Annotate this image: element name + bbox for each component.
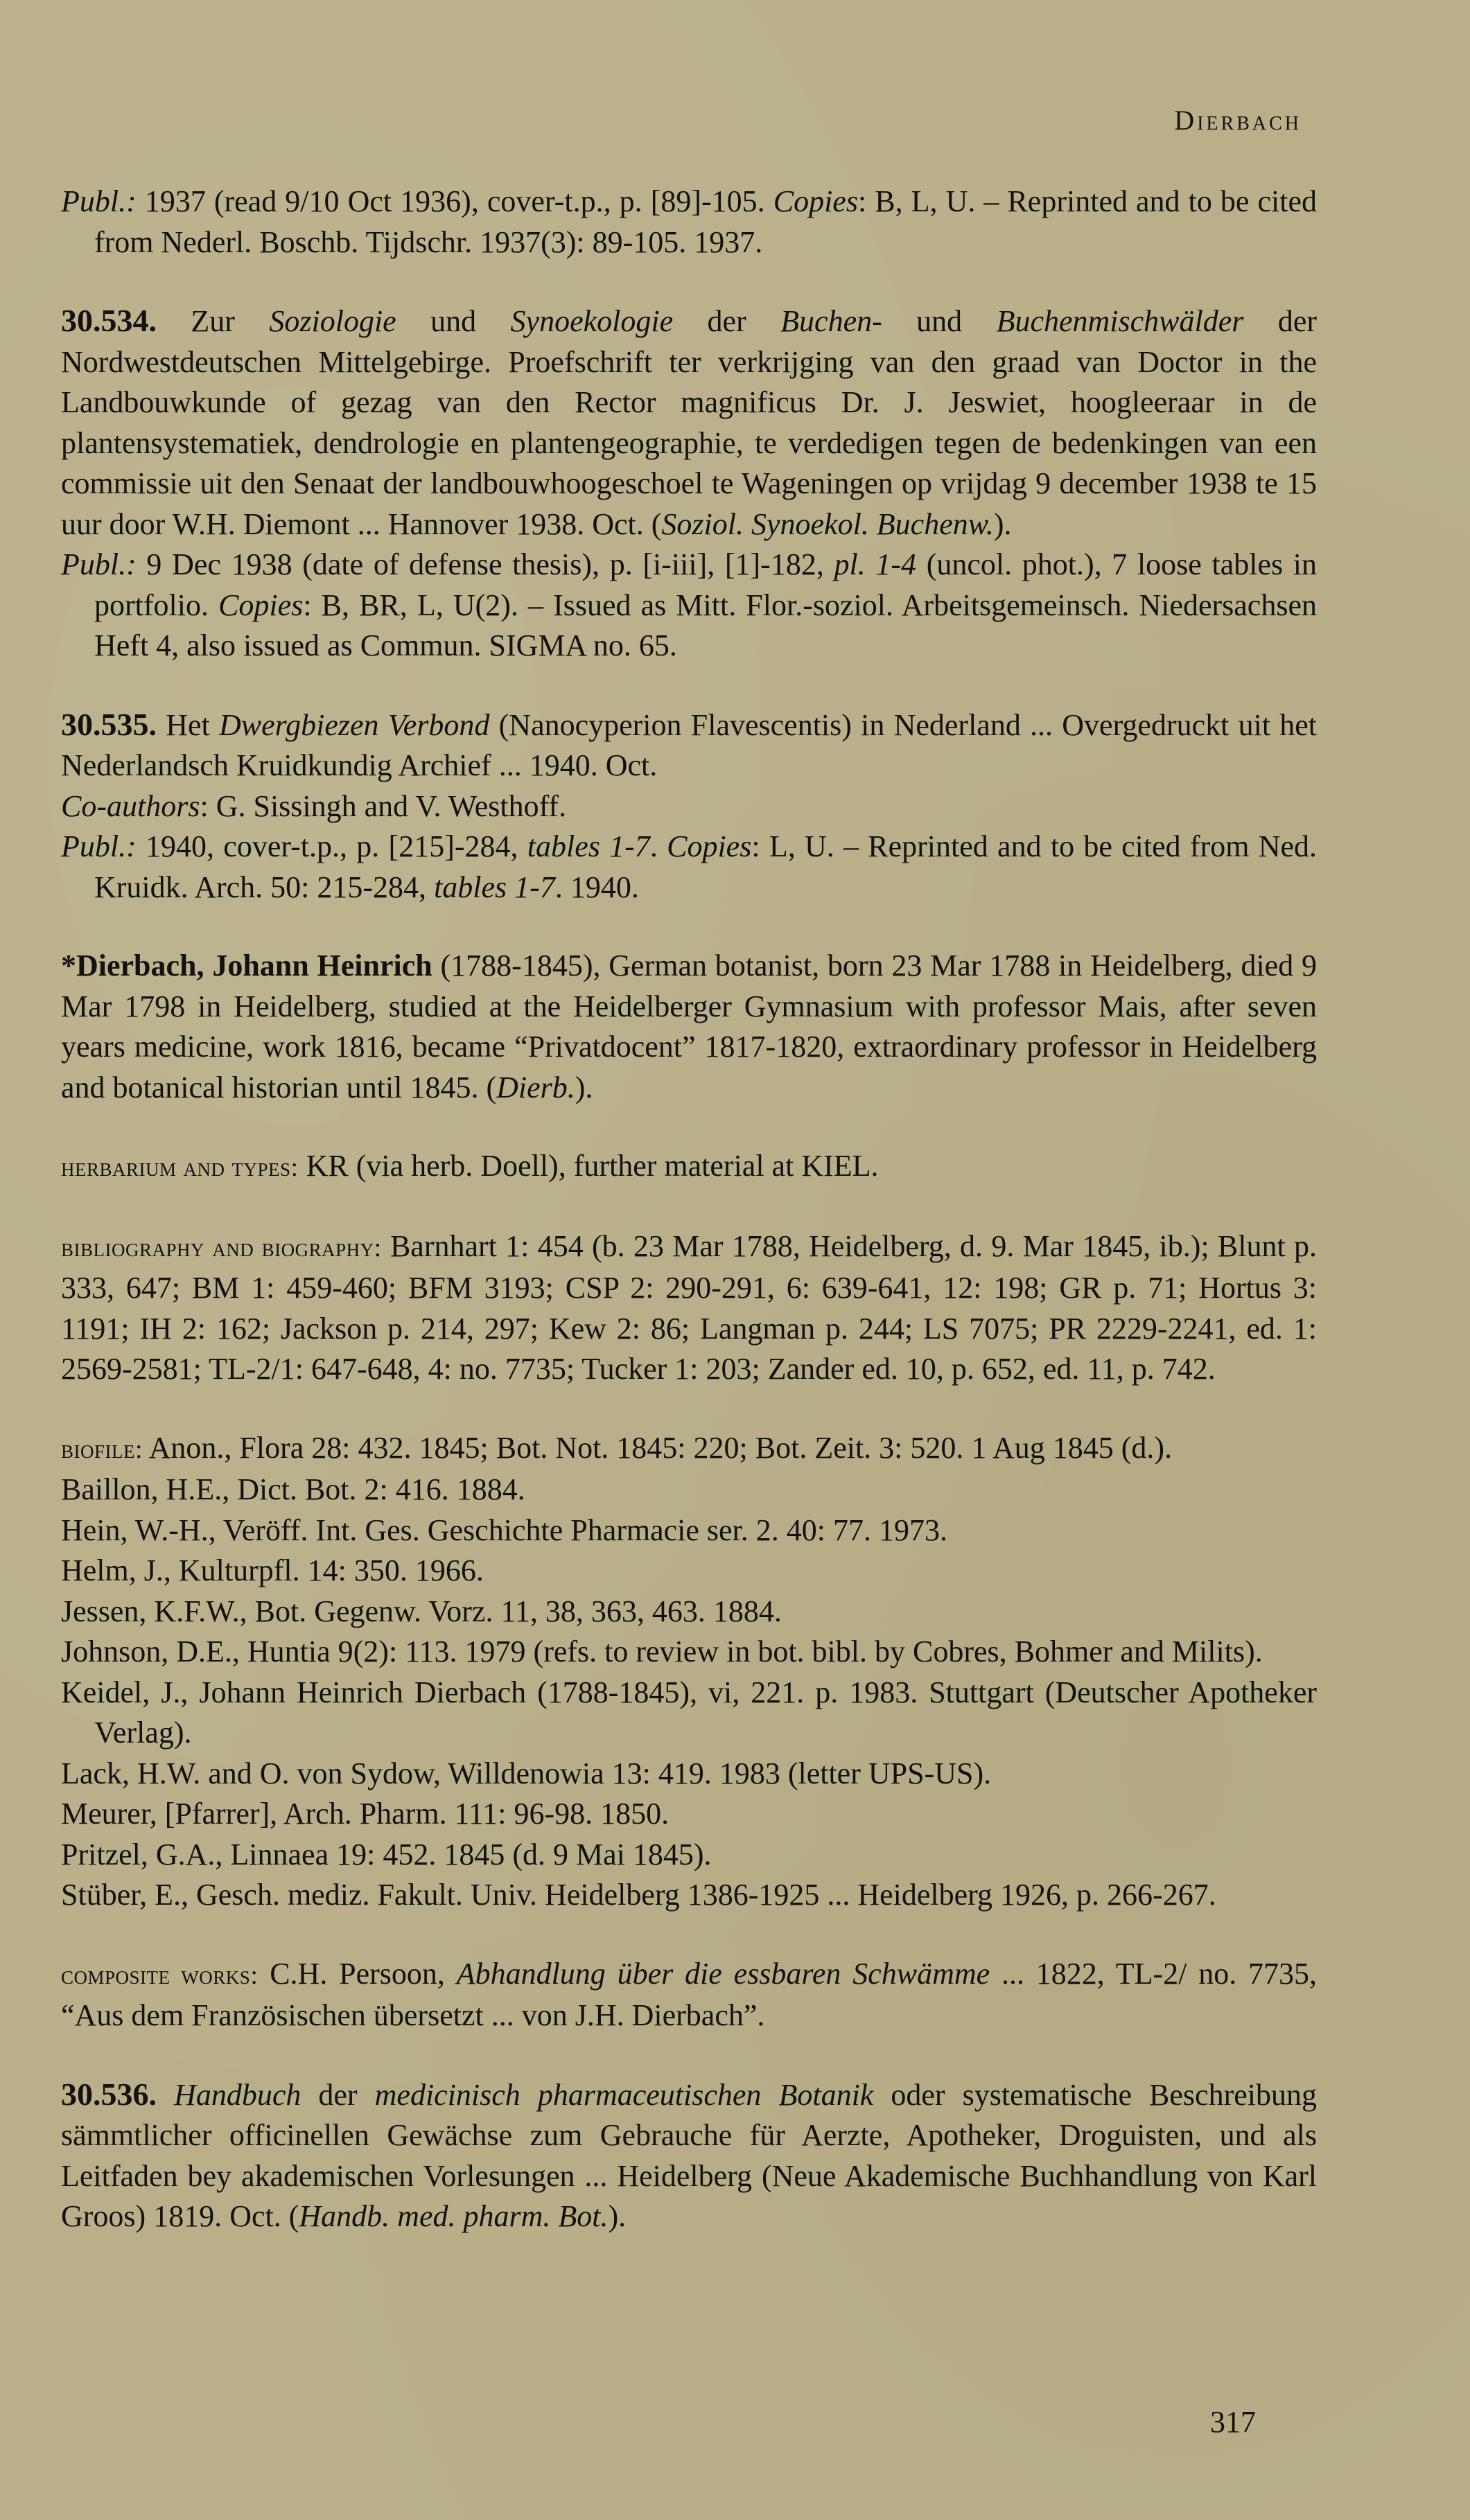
composite-works-section: composite works: C.H. Persoon, Abhandlun… [61, 1954, 1317, 2036]
entry-30-534-publication: Publ.: 9 Dec 1938 (date of defense thesi… [61, 545, 1317, 667]
biofile-item: Hein, W.-H., Veröff. Int. Ges. Geschicht… [61, 1510, 1317, 1551]
entry-30-534-title: 30.534. Zur Soziologie und Synoekologie … [61, 301, 1317, 545]
bibliography-section: bibliography and biography: Barnhart 1: … [61, 1226, 1317, 1390]
biofile-item: Baillon, H.E., Dict. Bot. 2: 416. 1884. [61, 1470, 1317, 1510]
author-abbreviation: Dierb. [496, 1070, 575, 1104]
entry-30-535-title: 30.535. Het Dwergbiezen Verbond (Nanocyp… [61, 705, 1317, 786]
entry-30-535-coauthors: Co-authors: G. Sissingh and V. Westhoff. [61, 786, 1317, 827]
biofile-item: Lack, H.W. and O. von Sydow, Willdenowia… [61, 1754, 1317, 1795]
entry-number: 30.535. [61, 707, 157, 742]
section-label: composite works: [61, 1961, 258, 1990]
entry-30-536-title: 30.536. Handbuch der medicinisch pharmac… [61, 2074, 1317, 2237]
title-abbreviation: Soziol. Synoekol. Buchenw. [661, 507, 993, 541]
section-label: bibliography and biography: [61, 1233, 382, 1262]
biofile-item: Pritzel, G.A., Linnaea 19: 452. 1845 (d.… [61, 1835, 1317, 1876]
entry-30-535-publication: Publ.: 1940, cover-t.p., p. [215]-284, t… [61, 827, 1317, 908]
page-content: Publ.: 1937 (read 9/10 Oct 1936), cover-… [61, 182, 1317, 2237]
biofile-item: Helm, J., Kulturpfl. 14: 350. 1966. [61, 1551, 1317, 1592]
biofile-item: Meurer, [Pfarrer], Arch. Pharm. 111: 96-… [61, 1794, 1317, 1835]
section-label: biofile: [61, 1435, 143, 1464]
biofile-item: Jessen, K.F.W., Bot. Gegenw. Vorz. 11, 3… [61, 1592, 1317, 1632]
page-number: 317 [1210, 2404, 1256, 2440]
biofile-item: Johnson, D.E., Huntia 9(2): 113. 1979 (r… [61, 1632, 1317, 1673]
biofile-item: Keidel, J., Johann Heinrich Dierbach (17… [61, 1673, 1317, 1754]
biofile-section: biofile: Anon., Flora 28: 432. 1845; Bot… [61, 1428, 1317, 1916]
herbarium-section: herbarium and types: KR (via herb. Doell… [61, 1146, 1317, 1188]
entry-number: 30.536. [61, 2077, 157, 2112]
author-name: *Dierbach, Johann Heinrich [61, 949, 432, 983]
title-abbreviation: Handb. med. pharm. Bot. [299, 2199, 608, 2233]
section-label: herbarium and types: [61, 1153, 299, 1182]
running-head: Dierbach [1174, 104, 1302, 136]
biofile-item: Stüber, E., Gesch. mediz. Fakult. Univ. … [61, 1875, 1317, 1916]
entry-number: 30.534. [61, 303, 157, 338]
publication-note-30-533: Publ.: 1937 (read 9/10 Oct 1936), cover-… [61, 182, 1317, 263]
author-biography: *Dierbach, Johann Heinrich (1788-1845), … [61, 946, 1317, 1108]
